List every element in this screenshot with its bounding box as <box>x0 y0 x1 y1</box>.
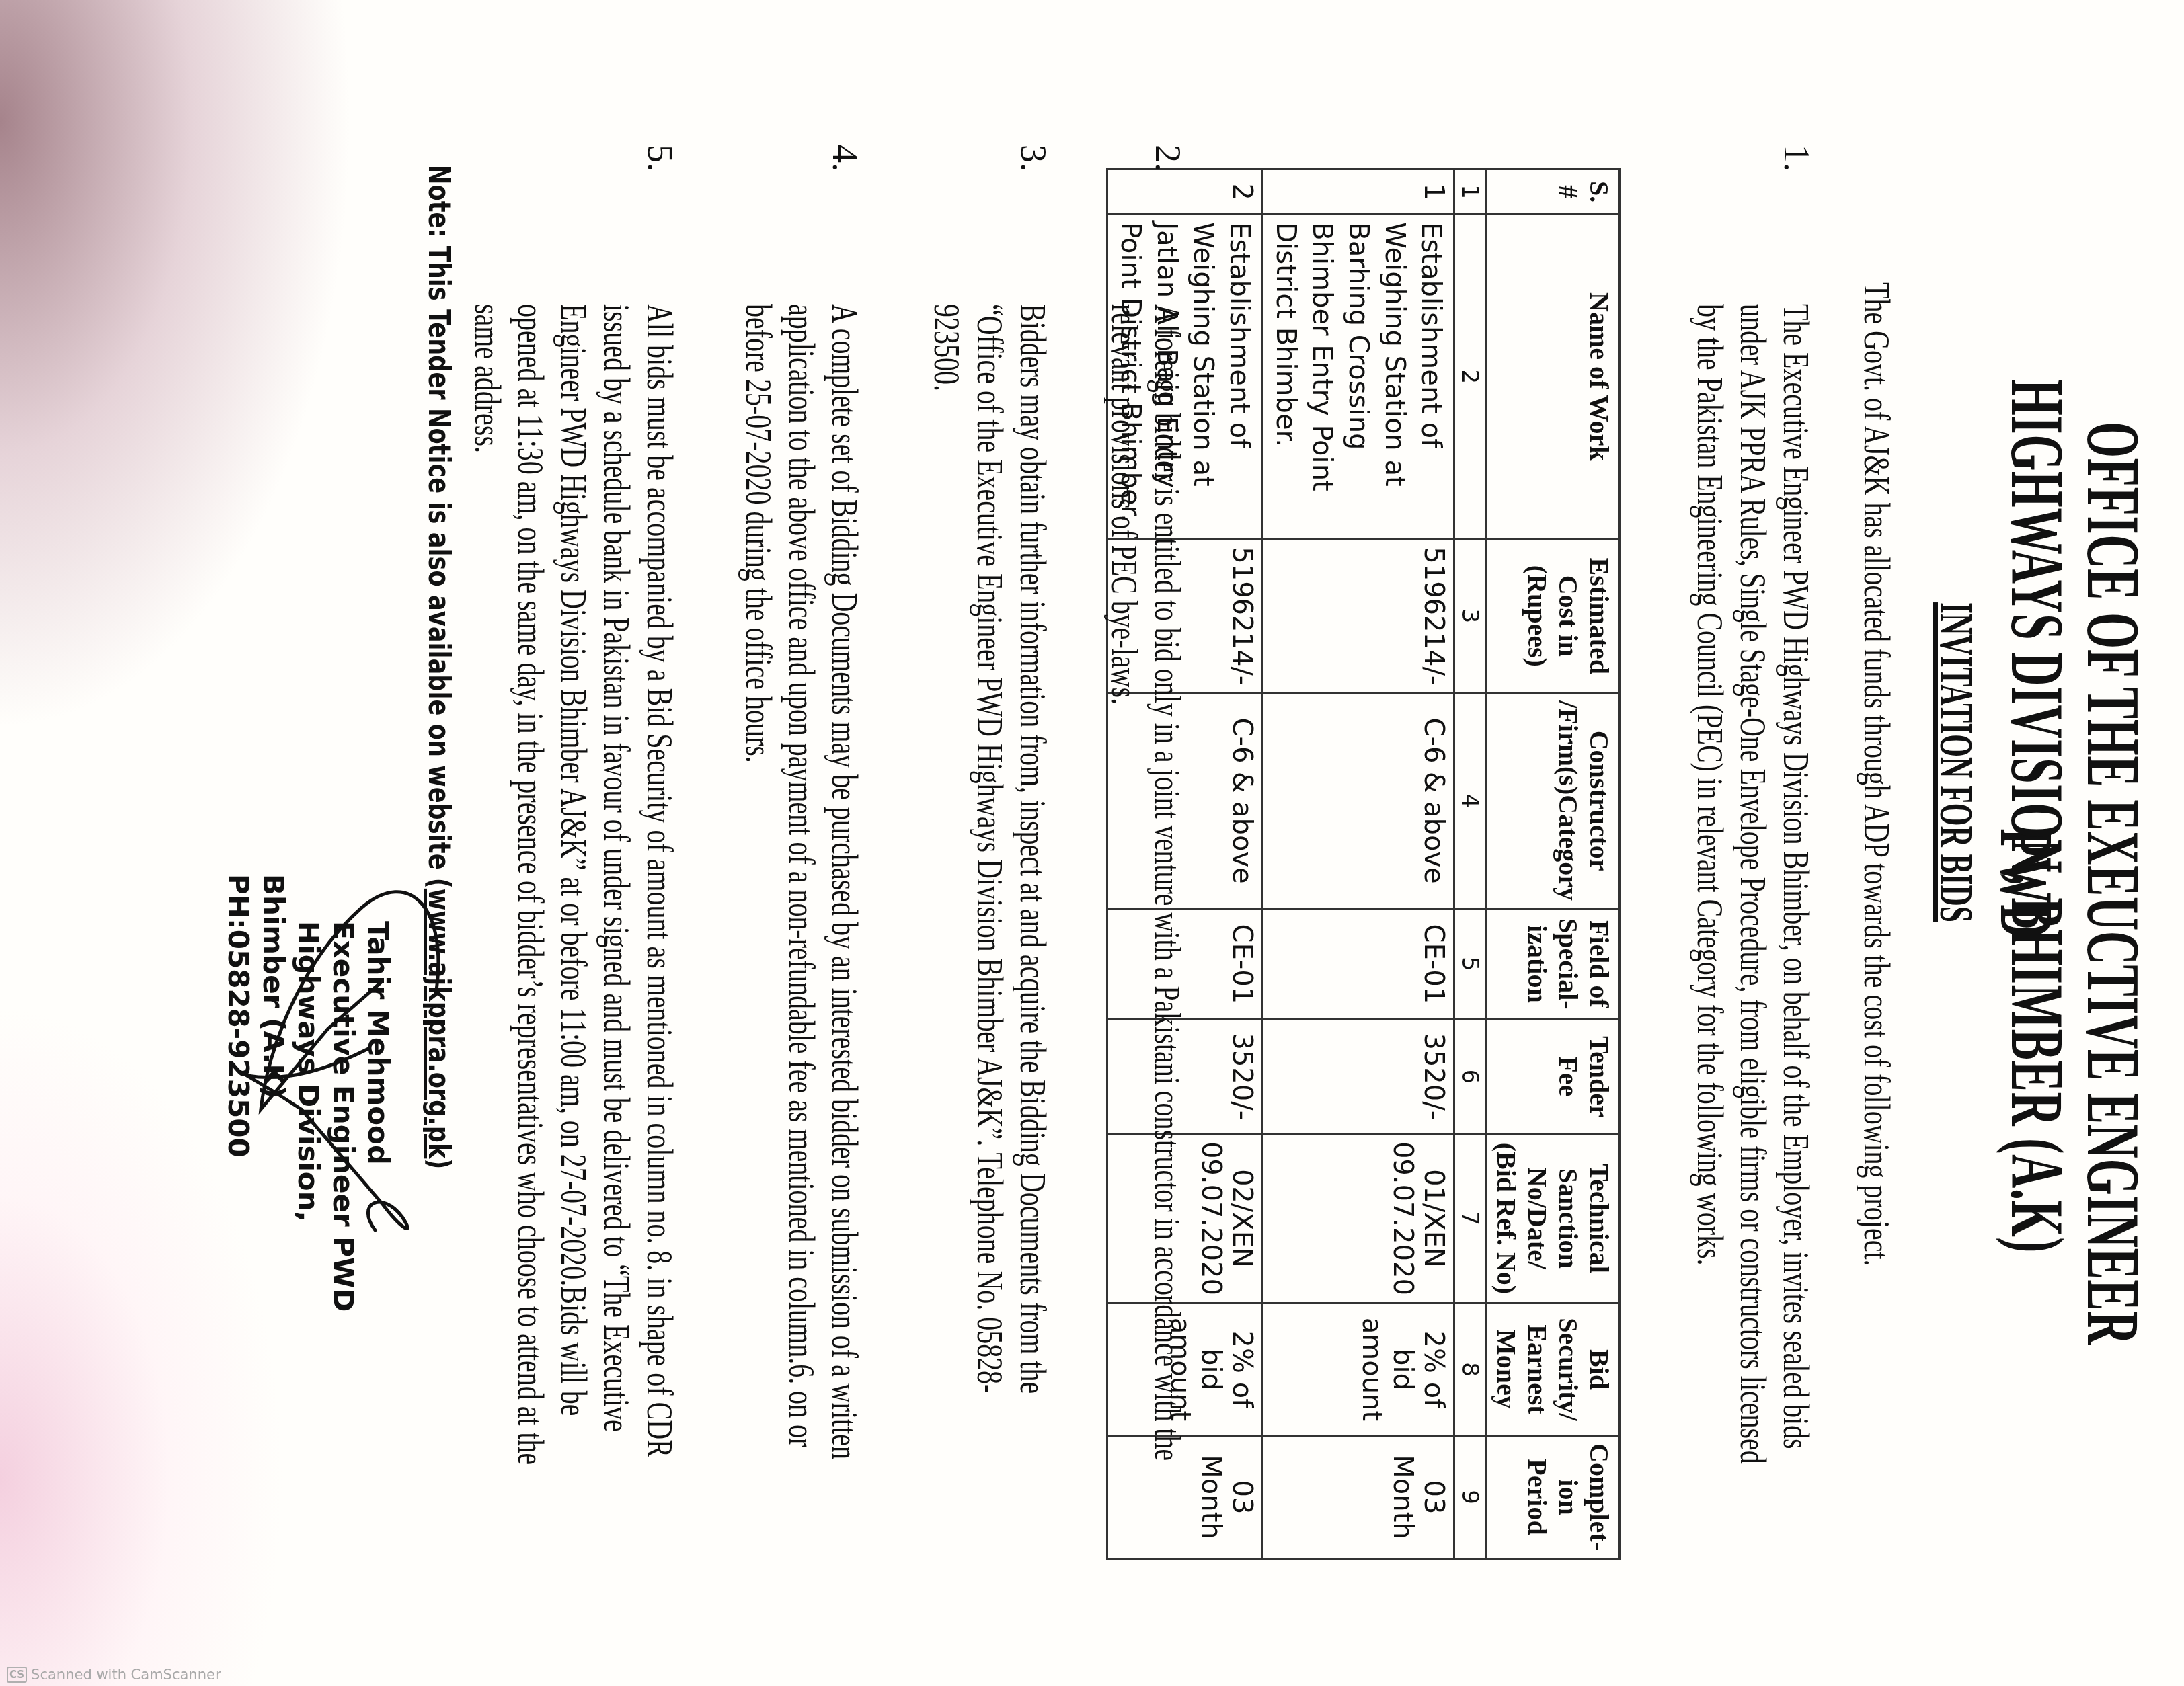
tender-notice-page: OFFICE OF THE EXEUCTIVE ENGINEER PWD HIG… <box>0 0 2184 1686</box>
table-header-row: S. # Name of Work Estimated Cost in (Rup… <box>1486 169 1620 1559</box>
signature-block: Tahir Mehmood Executive Engineer PWD Hig… <box>221 874 395 1312</box>
cell-sno: 2 <box>1107 169 1263 214</box>
cell-period: 03 Month <box>1263 1436 1454 1559</box>
table-row: 1 Establishment of Weighing Station at B… <box>1263 169 1454 1559</box>
document-title: INVITATION FOR BIDS <box>1928 190 1982 1335</box>
cell-cost: 5196214/- <box>1263 539 1454 693</box>
paragraph-3: Bidders may obtain further information f… <box>925 304 1054 1478</box>
cell-sanction: 01/XEN 09.07.2020 <box>1263 1133 1454 1303</box>
cell-category: C-6 & above <box>1263 693 1454 909</box>
signatory-phone: PH:05828-923500 <box>221 874 256 1312</box>
col-header-fee: Tender Fee <box>1486 1019 1620 1133</box>
col-header-work: Name of Work <box>1486 214 1620 539</box>
signatory-location: Bhimber (A.K) <box>256 874 290 1312</box>
column-number: 7 <box>1454 1133 1486 1303</box>
signatory-name: Tahir Mehmood <box>360 921 395 1312</box>
note-text: Note: This Tender Notice is also availab… <box>422 165 456 889</box>
paragraph-number: 3. <box>1013 145 1054 172</box>
col-header-category: Constructor /Firm(s)Category <box>1486 693 1620 909</box>
col-header-field: Field of Special-ization <box>1486 908 1620 1019</box>
col-header-security: Bid Security/ Earnest Money <box>1486 1303 1620 1435</box>
paragraph-5: All bids must be accompanied by a Bid Se… <box>466 304 681 1478</box>
col-header-sanction: Technical Sanction No/Date/ (Bid Ref. No… <box>1486 1133 1620 1303</box>
signatory-division: Highways Division, <box>290 921 325 1312</box>
paragraph-4: A complete set of Bidding Documents may … <box>737 304 866 1478</box>
paragraph-number: 5. <box>639 145 681 172</box>
intro-paragraph: The Govt. of AJ&K has allocated funds th… <box>1855 282 1898 1486</box>
cell-work: Establishment of Weighing Station at Bar… <box>1263 214 1454 539</box>
column-number: 3 <box>1454 539 1486 693</box>
paragraph-number: 2. <box>1147 145 1189 172</box>
division-heading: HIGHWAYS DIVISION, BHIMBER (A.K) <box>1993 277 2080 1356</box>
cell-fee: 3520/- <box>1263 1019 1454 1133</box>
paragraph-number: 4. <box>824 145 866 172</box>
paragraph-2: A foreign bidder is entitled to bid only… <box>1103 304 1189 1478</box>
watermark-text: Scanned with CamScanner <box>31 1667 221 1683</box>
cell-field: CE-01 <box>1263 908 1454 1019</box>
column-number: 6 <box>1454 1019 1486 1133</box>
camscanner-logo-icon: CS <box>7 1667 27 1683</box>
column-number-row: 1 2 3 4 5 6 7 8 9 <box>1454 169 1486 1559</box>
column-number: 1 <box>1454 169 1486 214</box>
column-number: 2 <box>1454 214 1486 539</box>
signatory-designation: Executive Engineer PWD <box>325 921 360 1312</box>
col-header-sno: S. # <box>1486 169 1620 214</box>
paragraph-number: 1. <box>1776 145 1818 172</box>
column-number: 8 <box>1454 1303 1486 1435</box>
cell-sno: 1 <box>1263 169 1454 214</box>
column-number: 5 <box>1454 908 1486 1019</box>
col-header-period: Complet-ion Period <box>1486 1436 1620 1559</box>
col-header-cost: Estimated Cost in (Rupees) <box>1486 539 1620 693</box>
column-number: 4 <box>1454 693 1486 909</box>
column-number: 9 <box>1454 1436 1486 1559</box>
camscanner-watermark: CS Scanned with CamScanner <box>7 1666 221 1683</box>
paragraph-1: The Executive Engineer PWD Highways Divi… <box>1688 304 1818 1478</box>
cell-security: 2% of bid amount <box>1263 1303 1454 1435</box>
